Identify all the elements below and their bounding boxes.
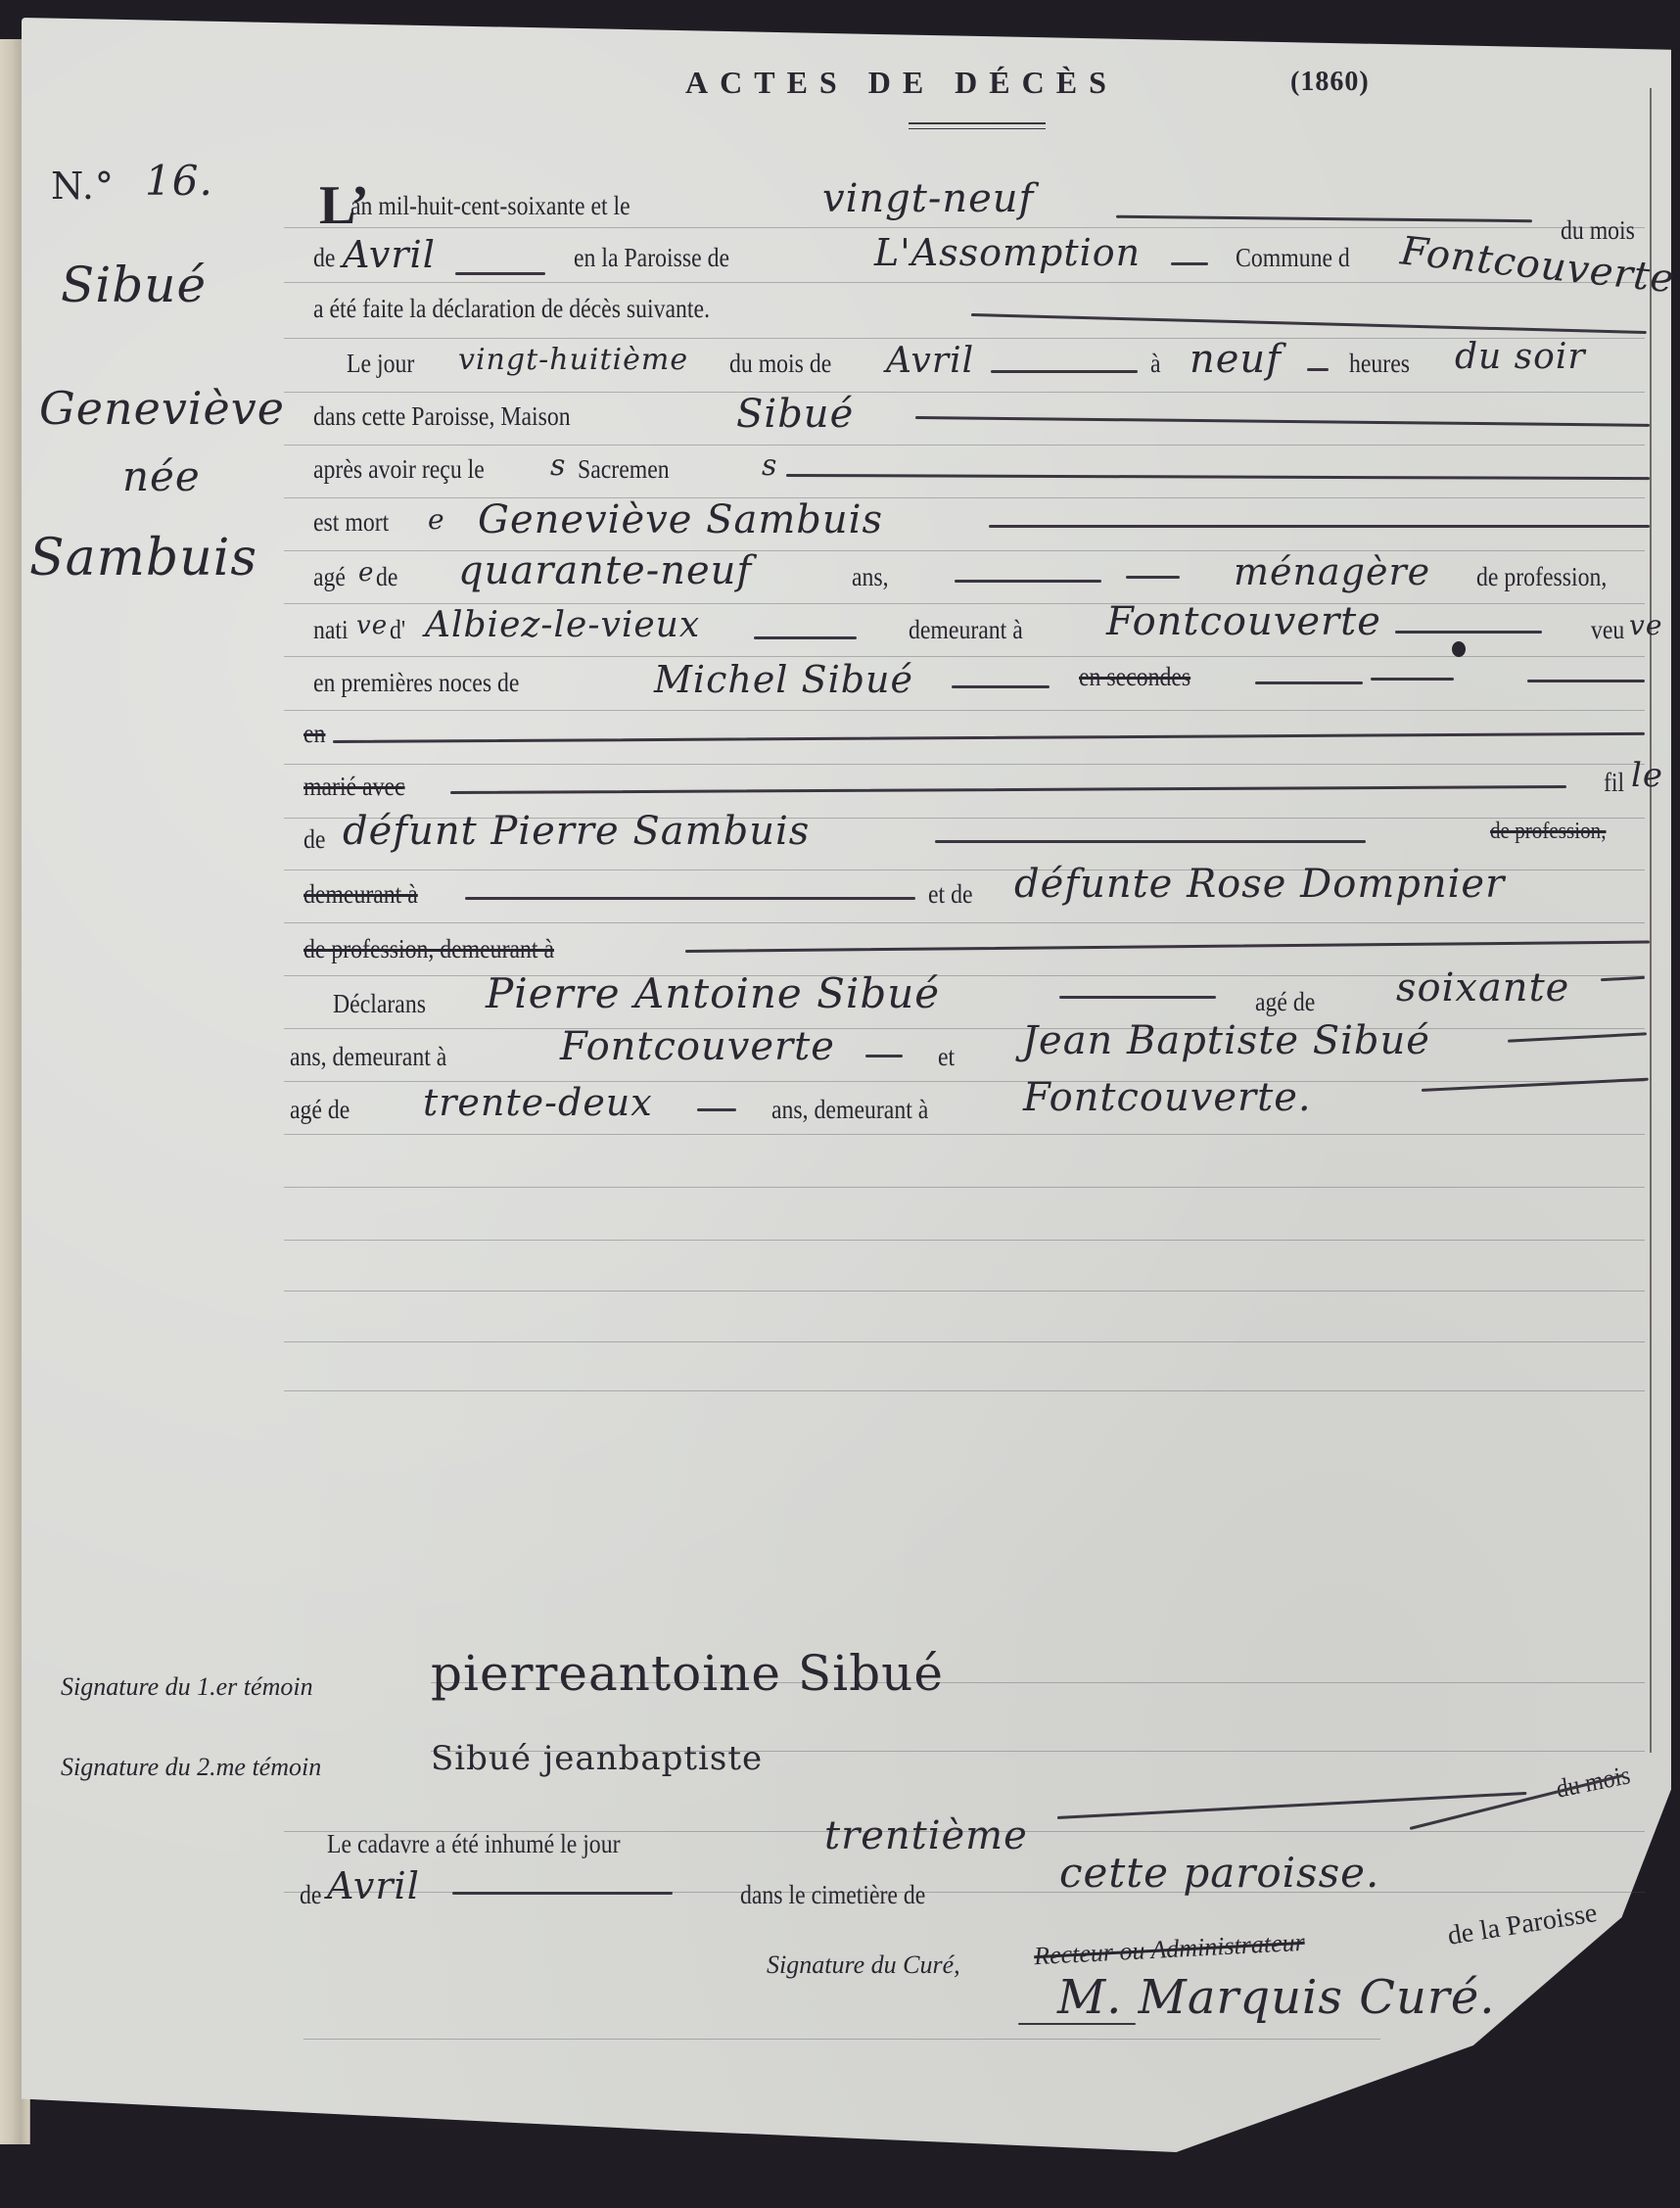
text-cadavre-inhume: Le cadavre a été inhumé le jour — [327, 1829, 620, 1859]
entry-number-label: N.° — [51, 164, 115, 208]
hand-declarant1-residence: Fontcouverte — [560, 1024, 835, 1069]
witness1-signature: pierreantoine Sibué — [431, 1645, 944, 1702]
hand-age-suffix: e — [358, 558, 374, 587]
hand-residence: Fontcouverte — [1106, 599, 1381, 644]
hand-mother-name: défunte Rose Dompnier — [1014, 862, 1505, 907]
hand-burial-place: cette paroisse. — [1059, 1849, 1379, 1897]
text-sacremen: Sacremen — [578, 454, 670, 485]
text-declarans: Déclarans — [333, 989, 426, 1019]
hand-deceased-age: quarante-neuf — [458, 548, 752, 593]
text-de-profession: de profession, — [1476, 562, 1607, 592]
hand-spouse-name: Michel Sibué — [654, 658, 913, 701]
hand-parish-name: L'Assomption — [874, 231, 1141, 274]
text-de: de — [313, 243, 335, 273]
hand-death-month: Avril — [886, 341, 974, 381]
margin-given-name: Geneviève — [39, 382, 285, 435]
text-est-mort: est mort — [313, 507, 389, 538]
text-veu: veu — [1591, 615, 1624, 645]
title-rule — [909, 122, 1046, 129]
hand-declarant2-age: trente-deux — [423, 1081, 653, 1124]
page-edge — [1650, 88, 1652, 1753]
text-sacremens: après avoir reçu le — [313, 454, 485, 485]
hand-death-day: vingt-huitième — [458, 343, 688, 377]
text-demeurant-struck: demeurant à — [303, 879, 418, 910]
text-ans-demeurant: ans, demeurant à — [290, 1042, 446, 1072]
ink-blot — [1452, 641, 1466, 657]
hand-birthplace: Albiez-le-vieux — [425, 605, 700, 645]
text-de-father: de — [303, 824, 325, 855]
witness2-signature: Sibué jeanbaptiste — [431, 1739, 763, 1778]
text-age: agé — [313, 562, 346, 592]
hand-house-name: Sibué — [736, 392, 854, 437]
text-profession-demeurant-struck: de profession, demeurant à — [303, 934, 554, 964]
text-commune: Commune d — [1236, 243, 1350, 273]
margin-nee: née — [122, 452, 201, 500]
text-age-de-2: agé de — [290, 1095, 350, 1125]
witness1-label: Signature du 1.er témoin — [61, 1672, 313, 1702]
hand-death-time: du soir — [1455, 337, 1586, 377]
text-maison: dans cette Paroisse, Maison — [313, 401, 571, 432]
hand-fille-suffix: le — [1631, 756, 1663, 795]
text-a: à — [1150, 349, 1161, 379]
text-de-profession-struck: de profession, — [1490, 819, 1606, 845]
text-ans-demeurant-2: ans, demeurant à — [771, 1095, 928, 1125]
text-burial-de: de — [300, 1880, 321, 1910]
entry-number: 16. — [145, 157, 213, 205]
text-age-de-1: agé de — [1255, 987, 1315, 1017]
text-marie-avec-struck: marié avec — [303, 772, 405, 802]
hand-declaration-month: Avril — [343, 233, 436, 276]
hand-father-name: défunt Pierre Sambuis — [343, 809, 810, 854]
text-fil: fil — [1604, 768, 1624, 798]
text-de-age: de — [376, 562, 397, 592]
page-title: ACTES DE DÉCÈS — [685, 65, 1118, 101]
text-d: d' — [390, 615, 405, 645]
hand-declaration-day: vingt-neuf — [822, 176, 1034, 221]
page-year: (1860) — [1290, 67, 1370, 98]
text-du-mois-de: du mois de — [729, 349, 831, 379]
hand-sacremens-s: s — [762, 448, 777, 483]
hand-declarant2-residence: Fontcouverte. — [1023, 1075, 1312, 1120]
hand-veuve-suffix: ve — [1629, 609, 1662, 641]
text-et: et — [938, 1042, 955, 1072]
text-en-struck: en — [303, 719, 325, 749]
text-le-jour: Le jour — [347, 349, 414, 379]
hand-plural-s: s — [550, 448, 566, 483]
hand-mort-suffix: e — [428, 503, 445, 536]
text-year-phrase: an mil-huit-cent-soixante et le — [350, 191, 630, 221]
margin-maiden-name: Sambuis — [29, 529, 257, 587]
witness2-label: Signature du 2.me témoin — [61, 1753, 321, 1782]
cure-label: Signature du Curé, — [767, 1950, 960, 1980]
text-du-mois: du mois — [1561, 215, 1635, 246]
text-en-secondes-struck: en secondes — [1079, 662, 1190, 692]
hand-death-hour: neuf — [1190, 337, 1282, 382]
text-premieres-noces: en premières noces de — [313, 668, 519, 698]
text-heures: heures — [1349, 349, 1410, 379]
hand-declarant1-age: soixante — [1396, 965, 1569, 1010]
text-paroisse-de: en la Paroisse de — [574, 243, 729, 273]
hand-declarant1-name: Pierre Antoine Sibué — [486, 969, 940, 1017]
hand-burial-month: Avril — [327, 1864, 420, 1907]
text-declaration-suivante: a été faite la déclaration de décès suiv… — [313, 294, 710, 324]
hand-deceased-name: Geneviève Sambuis — [478, 497, 883, 542]
text-cimetiere-de: dans le cimetière de — [740, 1880, 925, 1910]
text-demeurant-a: demeurant à — [909, 615, 1023, 645]
cure-signature: M. Marquis Curé. — [1057, 1970, 1496, 2025]
text-et-de: et de — [928, 879, 973, 910]
text-nati: nati — [313, 615, 349, 645]
hand-profession: ménagère — [1234, 550, 1430, 593]
text-ans: ans, — [852, 562, 889, 592]
hand-native-suffix: ve — [356, 611, 388, 640]
margin-surname: Sibué — [61, 257, 207, 313]
hand-declarant2-name: Jean Baptiste Sibué — [1022, 1018, 1430, 1063]
hand-burial-day: trentième — [824, 1813, 1028, 1858]
